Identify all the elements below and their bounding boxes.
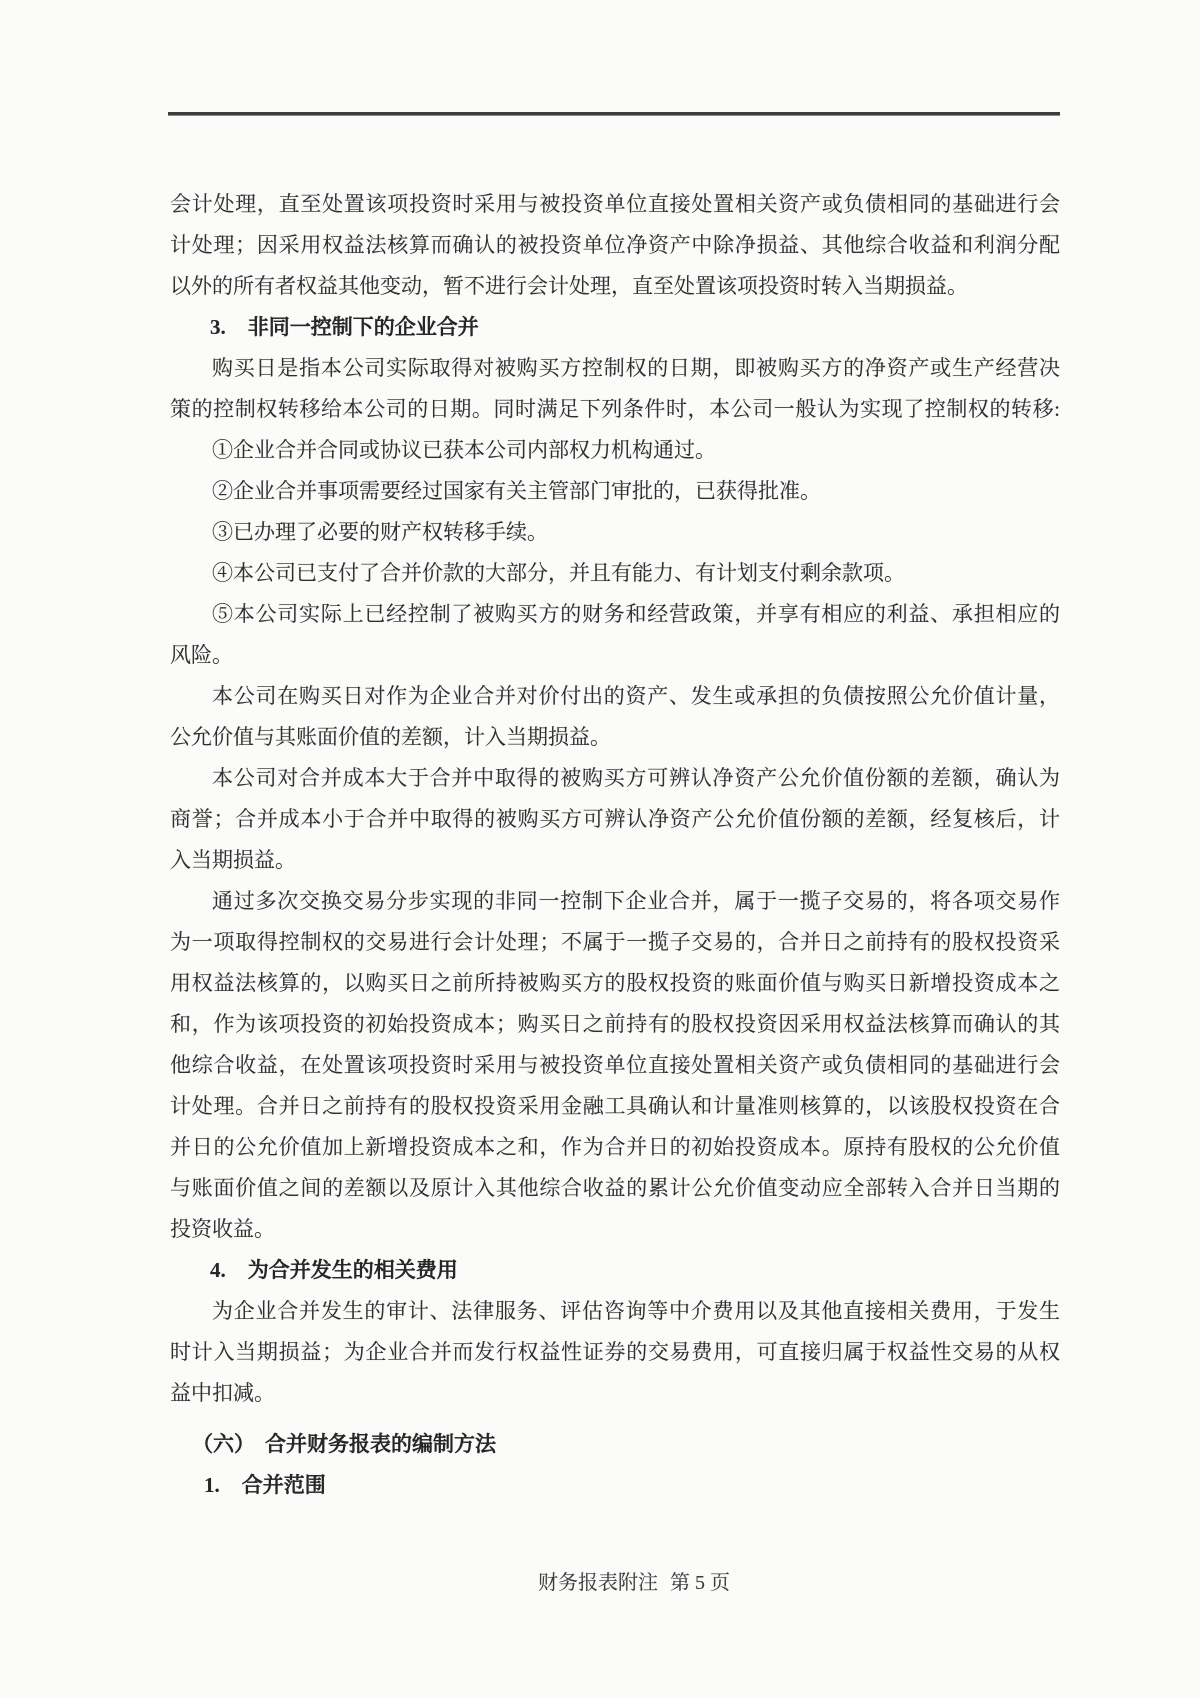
heading-number: 3.	[210, 307, 226, 348]
text-line: 计处理；因采用权益法核算而确认的被投资单位净资产中除净损益、其他综合收益和利润分…	[170, 225, 1060, 266]
text-line: 与账面价值之间的差额以及原计入其他综合收益的累计公允价值变动应全部转入合并日当期…	[170, 1168, 1060, 1209]
list-item: ①企业合并合同或协议已获本公司内部权力机构通过。	[170, 430, 1060, 471]
text-line: 本公司对合并成本大于合并中取得的被购买方可辨认净资产公允价值份额的差额，确认为	[170, 758, 1060, 799]
heading-title: 合并财务报表的编制方法	[265, 1424, 496, 1465]
text-line: 通过多次交换交易分步实现的非同一控制下企业合并，属于一揽子交易的，将各项交易作	[170, 881, 1060, 922]
text-line: 以外的所有者权益其他变动，暂不进行会计处理，直至处置该项投资时转入当期损益。	[170, 266, 1060, 307]
text-line: 入当期损益。	[170, 840, 1060, 881]
heading-number: （六）	[192, 1424, 255, 1465]
list-item: ⑤本公司实际上已经控制了被购买方的财务和经营政策，并享有相应的利益、承担相应的	[170, 594, 1060, 635]
text-line: 用权益法核算的，以购买日之前所持被购买方的股权投资的账面价值与购买日新增投资成本…	[170, 963, 1060, 1004]
footer-page-number: 第 5 页	[670, 1572, 730, 1594]
text-line: 公允价值与其账面价值的差额，计入当期损益。	[170, 717, 1060, 758]
text-line: 和，作为该项投资的初始投资成本；购买日之前持有的股权投资因采用权益法核算而确认的…	[170, 1004, 1060, 1045]
document-body: 会计处理，直至处置该项投资时采用与被投资单位直接处置相关资产或负债相同的基础进行…	[170, 184, 1060, 1506]
text-line: 购买日是指本公司实际取得对被购买方控制权的日期，即被购买方的净资产或生产经营决	[170, 348, 1060, 389]
text-line: 他综合收益，在处置该项投资时采用与被投资单位直接处置相关资产或负债相同的基础进行…	[170, 1045, 1060, 1086]
heading-number: 4.	[210, 1250, 226, 1291]
text-line: 风险。	[170, 635, 1060, 676]
section-heading-4: 4. 为合并发生的相关费用	[170, 1250, 1060, 1291]
text-line: 投资收益。	[170, 1209, 1060, 1250]
header-divider-rule	[168, 112, 1060, 116]
heading-title: 为合并发生的相关费用	[248, 1250, 458, 1291]
footer-label: 财务报表附注	[538, 1572, 658, 1594]
heading-number: 1.	[204, 1465, 220, 1506]
scanned-document-page: 会计处理，直至处置该项投资时采用与被投资单位直接处置相关资产或负债相同的基础进行…	[0, 0, 1200, 1697]
text-line: 本公司在购买日对作为企业合并对价付出的资产、发生或承担的负债按照公允价值计量，	[170, 676, 1060, 717]
section-heading-3: 3. 非同一控制下的企业合并	[170, 307, 1060, 348]
text-line: 时计入当期损益；为企业合并而发行权益性证券的交易费用，可直接归属于权益性交易的从…	[170, 1332, 1060, 1373]
heading-title: 非同一控制下的企业合并	[248, 307, 479, 348]
text-line: 为企业合并发生的审计、法律服务、评估咨询等中介费用以及其他直接相关费用，于发生	[170, 1291, 1060, 1332]
section-heading-1: 1. 合并范围	[170, 1465, 1060, 1506]
list-item: ③已办理了必要的财产权转移手续。	[170, 512, 1060, 553]
list-item: ④本公司已支付了合并价款的大部分，并且有能力、有计划支付剩余款项。	[170, 553, 1060, 594]
text-line: 益中扣减。	[170, 1373, 1060, 1414]
section-heading-6: （六） 合并财务报表的编制方法	[170, 1424, 1060, 1465]
text-line: 会计处理，直至处置该项投资时采用与被投资单位直接处置相关资产或负债相同的基础进行…	[170, 184, 1060, 225]
text-line: 为一项取得控制权的交易进行会计处理；不属于一揽子交易的，合并日之前持有的股权投资…	[170, 922, 1060, 963]
text-line: 策的控制权转移给本公司的日期。同时满足下列条件时，本公司一般认为实现了控制权的转…	[170, 389, 1060, 430]
list-item: ②企业合并事项需要经过国家有关主管部门审批的，已获得批准。	[170, 471, 1060, 512]
heading-title: 合并范围	[242, 1465, 326, 1506]
text-line: 并日的公允价值加上新增投资成本之和，作为合并日的初始投资成本。原持有股权的公允价…	[170, 1127, 1060, 1168]
text-line: 商誉；合并成本小于合并中取得的被购买方可辨认净资产公允价值份额的差额，经复核后，…	[170, 799, 1060, 840]
text-line: 计处理。合并日之前持有的股权投资采用金融工具确认和计量准则核算的，以该股权投资在…	[170, 1086, 1060, 1127]
page-footer: 财务报表附注第 5 页	[0, 1566, 1200, 1595]
